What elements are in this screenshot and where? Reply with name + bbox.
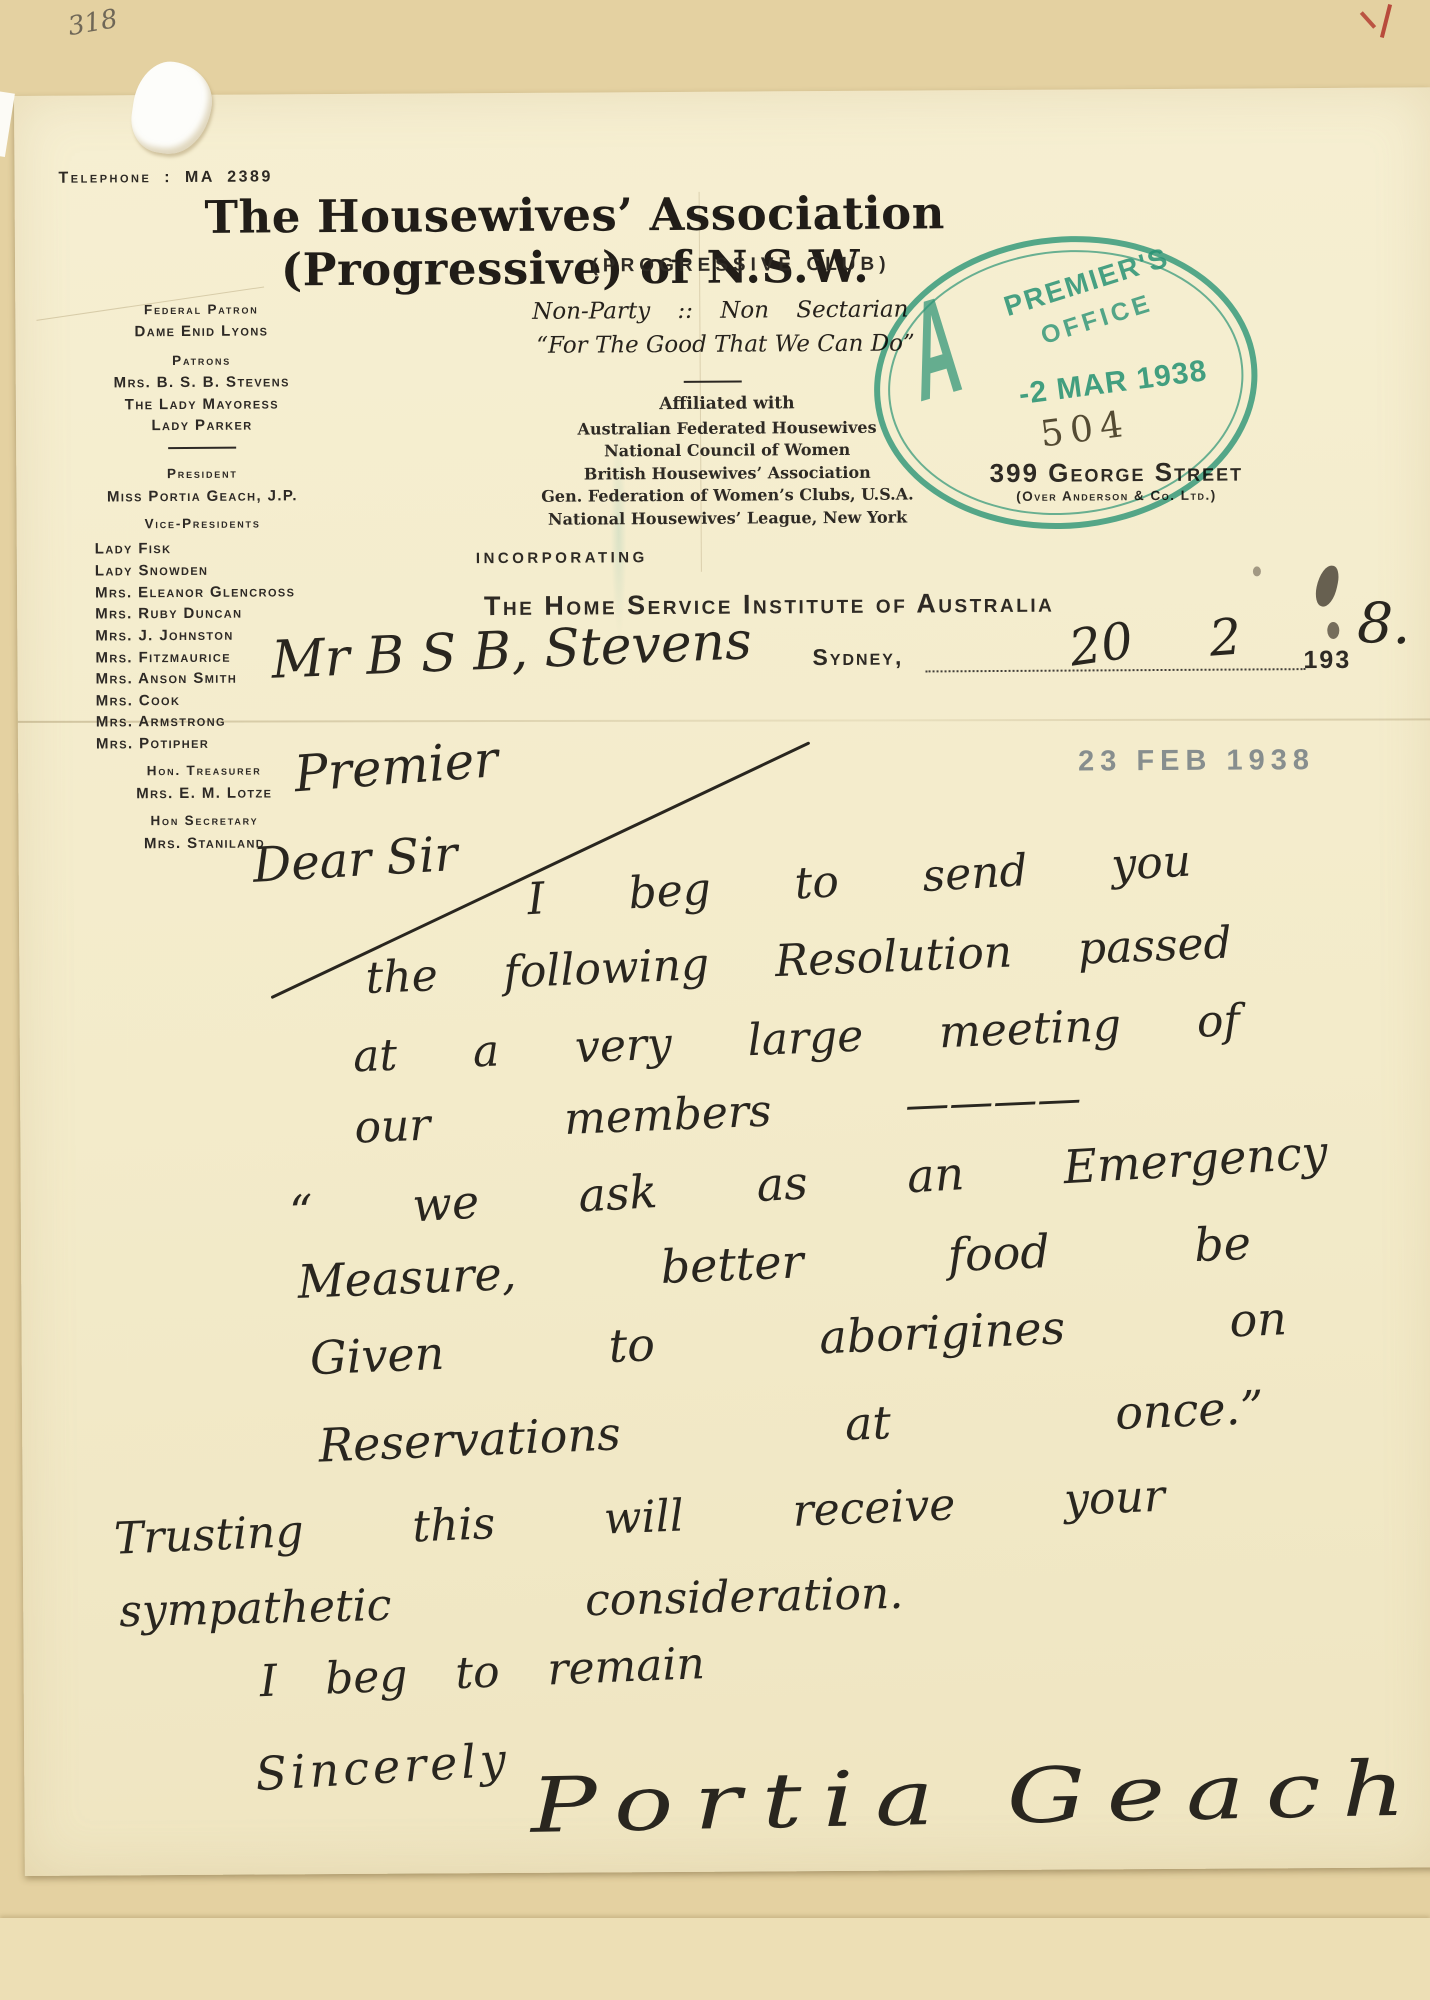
vice-president-name: Mrs. J. Johnston	[95, 627, 233, 645]
recipient-title-line: Premier	[292, 730, 500, 803]
body-line: the following Resolution passed	[365, 917, 1233, 1003]
institute-name: The Home Service Institute of Australia	[397, 587, 1141, 623]
closing-line: Trusting this will receive your	[113, 1471, 1166, 1565]
signature: Portia Geach	[529, 1743, 1427, 1849]
hon-secretary-heading: Hon Secretary	[54, 812, 354, 829]
vice-presidents-heading: Vice-Presidents	[53, 515, 353, 532]
body-line: I beg to send you	[526, 835, 1193, 925]
vice-president-name: Lady Fisk	[95, 540, 172, 557]
dateline-printed-year: 193	[1303, 646, 1351, 675]
resolution-line: Reservations at once.”	[317, 1380, 1264, 1473]
fold-crease	[18, 718, 1430, 722]
federal-patron-name: Dame Enid Lyons	[51, 322, 351, 341]
federal-patron-heading: Federal Patron	[51, 301, 351, 318]
handwritten-year-digit: 8.	[1356, 591, 1411, 658]
scanned-letter-page: 318 Telephone : MA 2389 The Housewives’ …	[0, 0, 1430, 2000]
recipient-name-line: Mr B S B, Stevens	[270, 611, 752, 691]
divider	[684, 381, 742, 383]
vice-president-name: Mrs. Fitzmaurice	[95, 649, 231, 667]
closing-line: I beg to remain	[259, 1638, 706, 1707]
patron-name: The Lady Mayoress	[52, 395, 352, 414]
telephone-line: Telephone : MA 2389	[58, 168, 272, 187]
closing-line: sympathetic consideration.	[119, 1568, 904, 1637]
handwritten-day: 20	[1065, 611, 1136, 678]
vice-president-name: Mrs. Ruby Duncan	[95, 605, 242, 623]
ink-stain	[1327, 622, 1339, 639]
vice-president-name: Mrs. Potipher	[96, 735, 209, 753]
patrons-heading: Patrons	[52, 352, 352, 369]
vice-president-name: Mrs. Anson Smith	[96, 670, 238, 688]
body-line: our members ————	[353, 1073, 1082, 1154]
dateline-city: Sydney,	[812, 644, 903, 672]
ink-stain	[1313, 563, 1341, 608]
received-date-stamp: 23 FEB 1938	[1078, 744, 1315, 778]
organisation-title: The Housewives’ Association (Progressive…	[115, 186, 1036, 298]
incorporating-label: INCORPORATING	[352, 548, 772, 568]
motto-line-1: Non-Party :: Non Sectarian	[485, 296, 955, 325]
divider	[168, 447, 236, 449]
scan-edge-sliver	[0, 91, 15, 157]
body-line: at a very large meeting of	[352, 995, 1241, 1082]
ink-stain	[1253, 566, 1261, 576]
closing-line: Sincerely	[254, 1732, 511, 1801]
red-annotation-mark	[1358, 2, 1404, 46]
affiliation-item: National Housewives’ League, New York	[473, 506, 983, 532]
vice-president-name: Mrs. Cook	[96, 692, 181, 710]
organisation-subtitle: (PROGRESSIVE CLUB)	[531, 253, 951, 278]
patron-name: Mrs. B. S. B. Stevens	[52, 373, 352, 392]
salutation-line: Dear Sir	[251, 826, 459, 894]
president-heading: President	[52, 465, 352, 482]
patron-name: Lady Parker	[52, 416, 352, 435]
resolution-line: Given to aborigines on	[309, 1291, 1288, 1385]
letter-paper: Telephone : MA 2389 The Housewives’ Asso…	[14, 87, 1430, 1876]
handwritten-month: 2	[1207, 607, 1243, 667]
backing-sheet-edge	[0, 1918, 1430, 2000]
vice-president-name: Mrs. Armstrong	[96, 713, 226, 731]
vice-president-name: Lady Snowden	[95, 562, 209, 580]
president-name: Miss Portia Geach, J.P.	[52, 487, 352, 506]
vice-president-name: Mrs. Eleanor Glencross	[95, 583, 295, 601]
archive-number: 318	[66, 4, 120, 42]
red-stroke	[1360, 11, 1376, 29]
red-stroke	[1380, 4, 1392, 38]
